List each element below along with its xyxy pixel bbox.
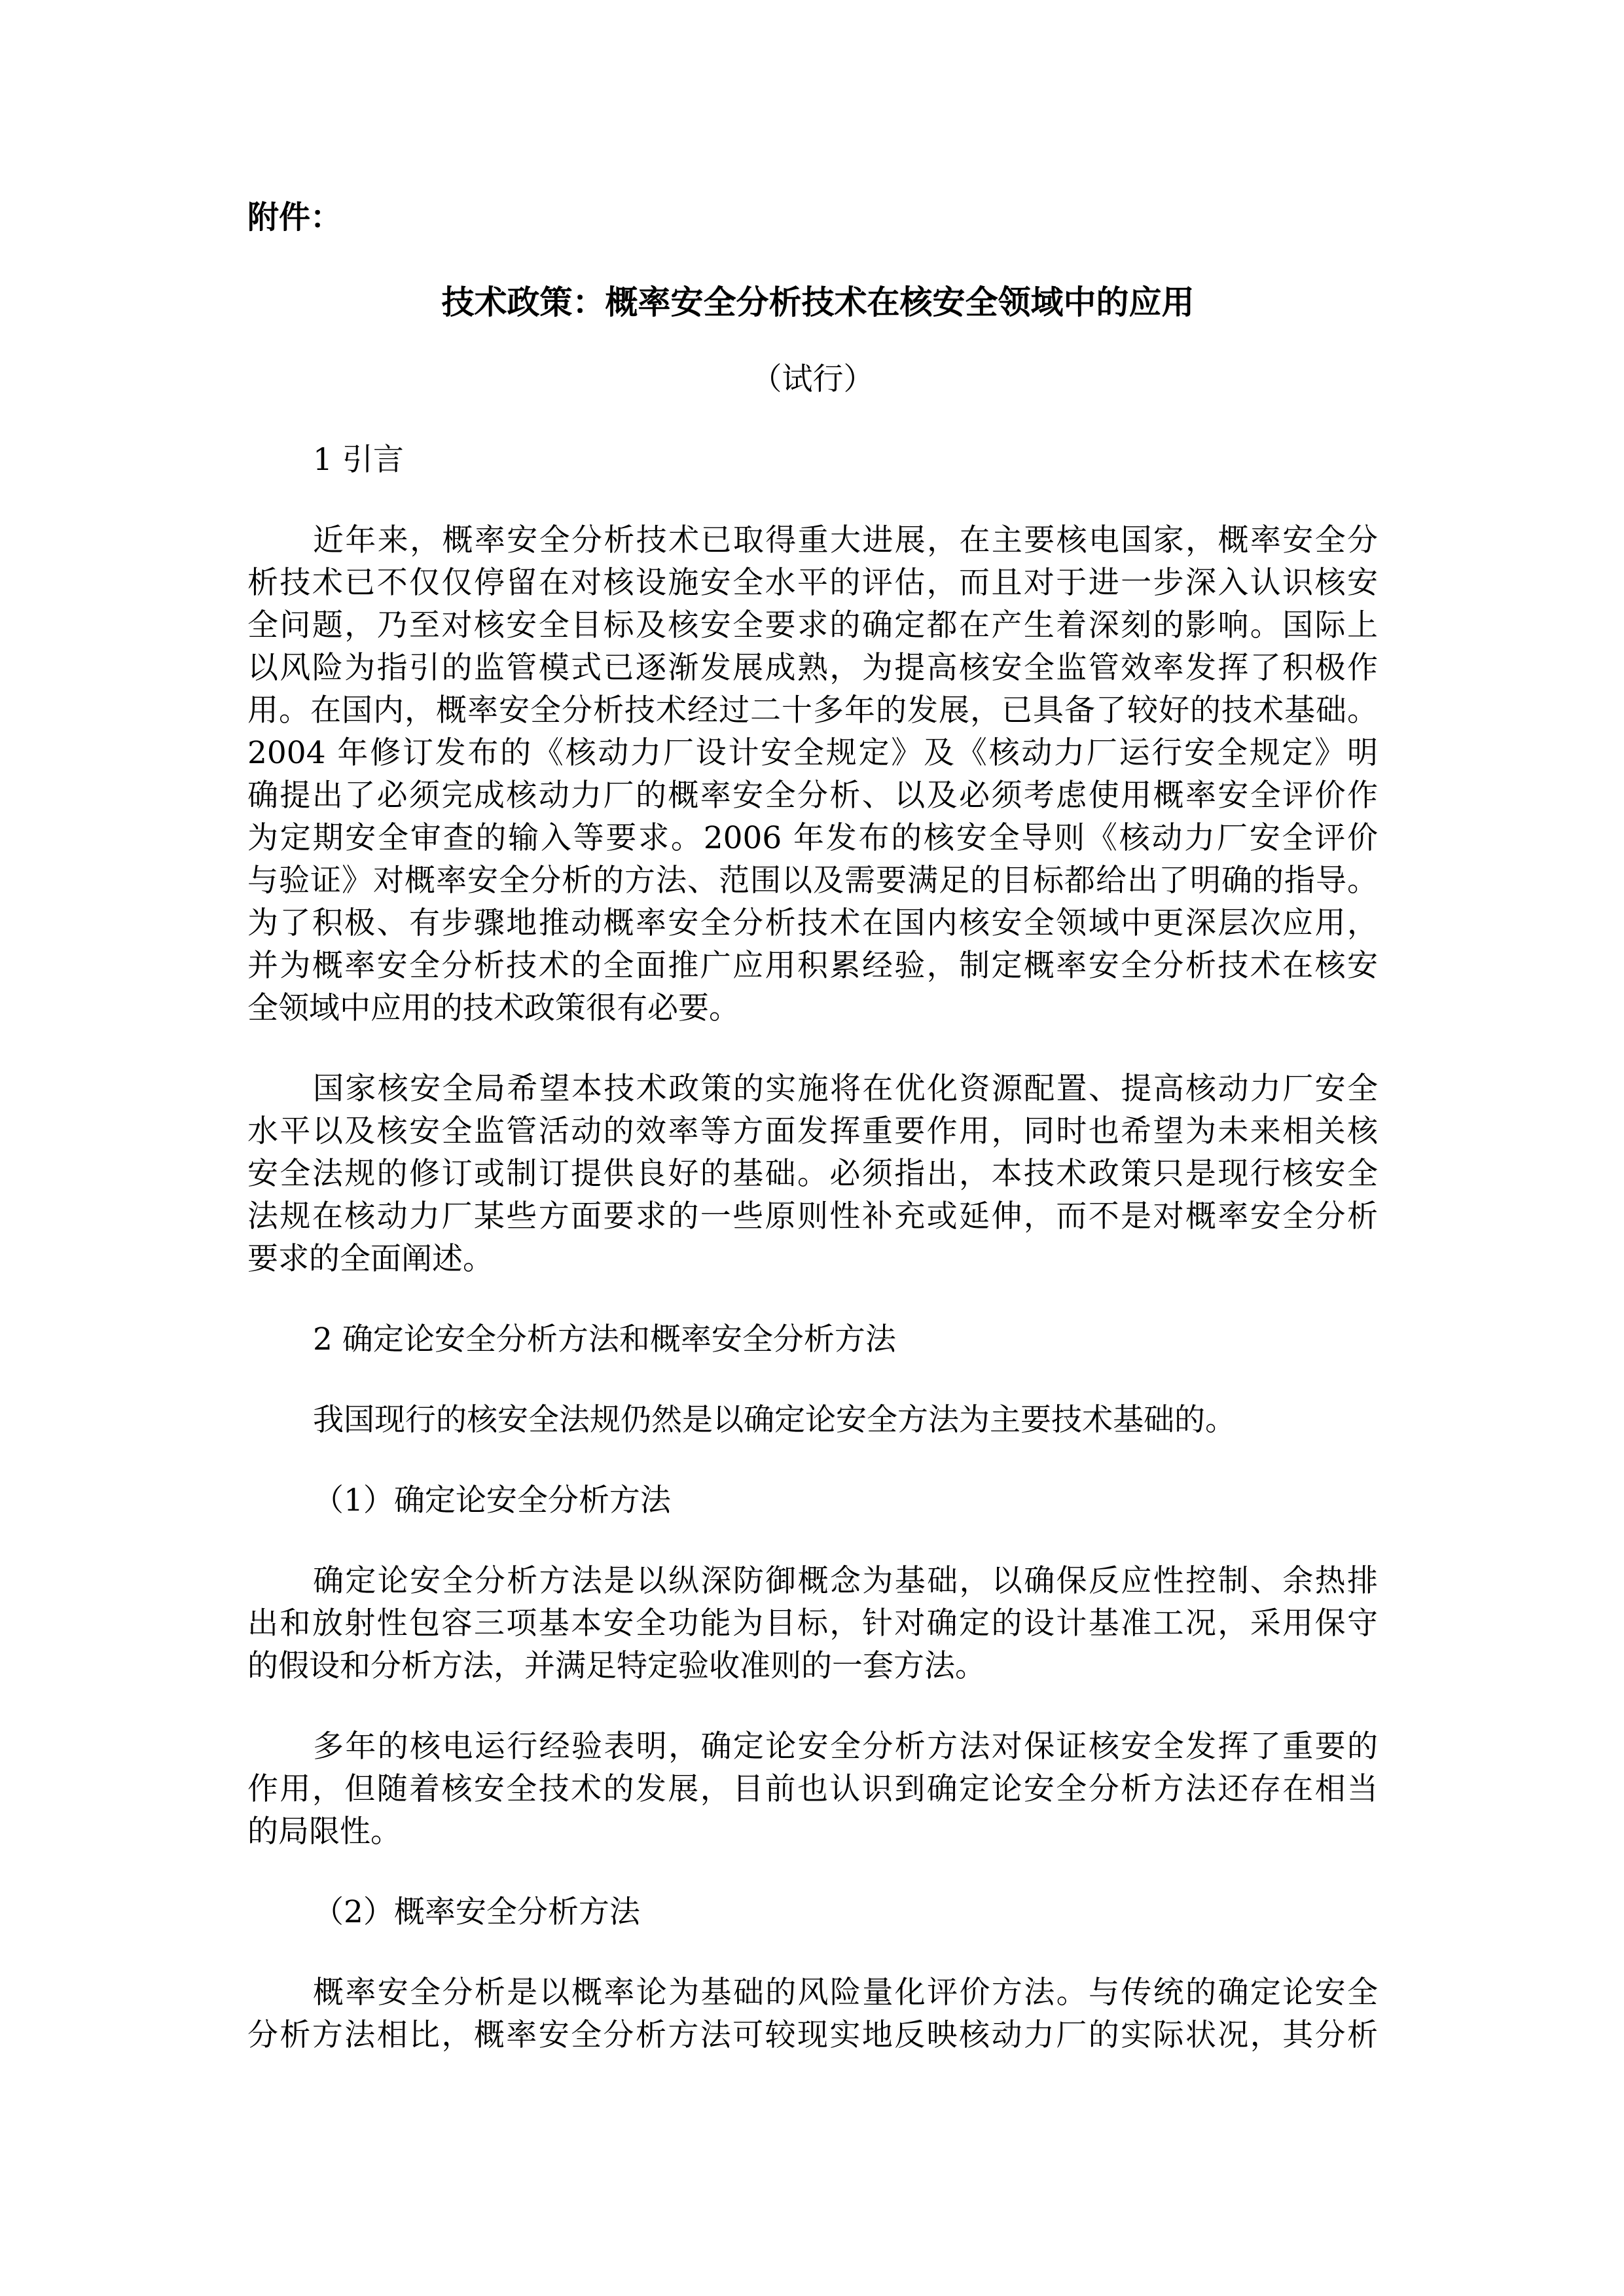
text-line: 分析方法相比，概率安全分析方法可较现实地反映核动力厂的实际状况，其分析: [247, 2014, 1378, 2056]
section-heading-methods: 2 确定论安全分析方法和概率安全分析方法: [247, 1318, 1378, 1361]
text-line: 与验证》对概率安全分析的方法、范围以及需要满足的目标都给出了明确的指导。: [247, 859, 1378, 902]
text-line: 为了积极、有步骤地推动概率安全分析技术在国内核安全领域中更深层次应用，: [247, 902, 1378, 944]
text-line: 出和放射性包容三项基本安全功能为目标，针对确定的设计基准工况，采用保守: [247, 1602, 1378, 1645]
subsection-heading-deterministic: （1）确定论安全分析方法: [247, 1479, 1378, 1522]
document-page: 附件： 技术政策：概率安全分析技术在核安全领域中的应用 （试行） 1 引言 近年…: [0, 0, 1624, 2296]
text-line: 水平以及核安全监管活动的效率等方面发挥重要作用，同时也希望为未来相关核: [247, 1110, 1378, 1153]
text-line: 近年来，概率安全分析技术已取得重大进展，在主要核电国家，概率安全分: [247, 519, 1378, 562]
paragraph-probabilistic-definition: 概率安全分析是以概率论为基础的风险量化评价方法。与传统的确定论安全 分析方法相比…: [247, 1971, 1378, 2056]
text-line: 国家核安全局希望本技术政策的实施将在优化资源配置、提高核动力厂安全: [247, 1067, 1378, 1110]
text-line: 确定论安全分析方法是以纵深防御概念为基础，以确保反应性控制、余热排: [247, 1560, 1378, 1602]
paragraph-intro-purpose: 国家核安全局希望本技术政策的实施将在优化资源配置、提高核动力厂安全 水平以及核安…: [247, 1067, 1378, 1280]
paragraph-deterministic-limitations: 多年的核电运行经验表明，确定论安全分析方法对保证核安全发挥了重要的 作用，但随着…: [247, 1725, 1378, 1853]
text-line: 以风险为指引的监管模式已逐渐发展成熟，为提高核安全监管效率发挥了积极作: [247, 647, 1378, 689]
text-line: 法规在核动力厂某些方面要求的一些原则性补充或延伸，而不是对概率安全分析: [247, 1195, 1378, 1238]
document-body: 附件： 技术政策：概率安全分析技术在核安全领域中的应用 （试行） 1 引言 近年…: [247, 196, 1378, 2056]
paragraph-intro-background: 近年来，概率安全分析技术已取得重大进展，在主要核电国家，概率安全分 析技术已不仅…: [247, 519, 1378, 1030]
text-line: 多年的核电运行经验表明，确定论安全分析方法对保证核安全发挥了重要的: [247, 1725, 1378, 1768]
text-line: 为定期安全审查的输入等要求。2006 年发布的核安全导则《核动力厂安全评价: [247, 817, 1378, 859]
text-line: 的假设和分析方法，并满足特定验收准则的一套方法。: [247, 1645, 1378, 1687]
text-line: 要求的全面阐述。: [247, 1238, 1378, 1280]
text-line: 并为概率安全分析技术的全面推广应用积累经验，制定概率安全分析技术在核安: [247, 944, 1378, 987]
subsection-heading-probabilistic: （2）概率安全分析方法: [247, 1891, 1378, 1933]
paragraph-deterministic-definition: 确定论安全分析方法是以纵深防御概念为基础，以确保反应性控制、余热排 出和放射性包…: [247, 1560, 1378, 1687]
text-line: 全问题，乃至对核安全目标及核安全要求的确定都在产生着深刻的影响。国际上: [247, 604, 1378, 647]
document-title: 技术政策：概率安全分析技术在核安全领域中的应用: [247, 281, 1378, 323]
text-line: 用。在国内，概率安全分析技术经过二十多年的发展，已具备了较好的技术基础。: [247, 689, 1378, 732]
text-line: 概率安全分析是以概率论为基础的风险量化评价方法。与传统的确定论安全: [247, 1971, 1378, 2014]
paragraph-methods-intro: 我国现行的核安全法规仍然是以确定论安全方法为主要技术基础的。: [247, 1399, 1378, 1441]
text-line: 安全法规的修订或制订提供良好的基础。必须指出，本技术政策只是现行核安全: [247, 1153, 1378, 1195]
text-line: 确提出了必须完成核动力厂的概率安全分析、以及必须考虑使用概率安全评价作: [247, 774, 1378, 817]
text-line: 作用，但随着核安全技术的发展，目前也认识到确定论安全分析方法还存在相当: [247, 1768, 1378, 1810]
attachment-label: 附件：: [247, 196, 1378, 239]
document-status: （试行）: [247, 358, 1378, 401]
section-heading-introduction: 1 引言: [247, 439, 1378, 481]
text-line: 2004 年修订发布的《核动力厂设计安全规定》及《核动力厂运行安全规定》明: [247, 732, 1378, 774]
text-line: 析技术已不仅仅停留在对核设施安全水平的评估，而且对于进一步深入认识核安: [247, 562, 1378, 604]
text-line: 的局限性。: [247, 1810, 1378, 1853]
text-line: 全领域中应用的技术政策很有必要。: [247, 987, 1378, 1030]
text-line: 我国现行的核安全法规仍然是以确定论安全方法为主要技术基础的。: [247, 1399, 1378, 1441]
